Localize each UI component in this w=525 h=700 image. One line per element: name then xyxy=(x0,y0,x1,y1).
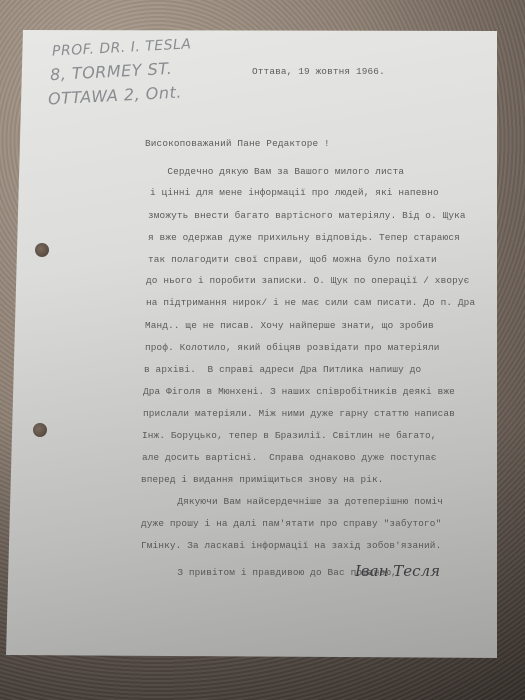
body-line: до нього і поробити записки. О. Щук по о… xyxy=(146,275,469,286)
body-line: проф. Колотило, який обіцяв розвідати пр… xyxy=(145,342,440,353)
body-line: Гмінку. За ласкаві інформації на захід з… xyxy=(141,540,441,551)
body-line: я вже одержав дуже прихильну відповідь. … xyxy=(148,232,460,243)
body-line: Дра Фіголя в Мюнхені. З наших співробітн… xyxy=(143,386,455,397)
body-line: Інж. Боруцько, тепер в Бразилії. Світлин… xyxy=(142,430,437,441)
body-line: і цінні для мене інформації про людей, я… xyxy=(150,187,439,198)
punch-hole-bottom xyxy=(33,423,47,437)
body-line: Дякуючи Вам найсердечніше за дотеперішню… xyxy=(160,496,443,507)
signature: Іван Тесля xyxy=(355,562,440,580)
body-line: так полагодити свої справи, щоб можна бу… xyxy=(148,254,437,265)
body-line: але досить вартісні. Справа однаково дуж… xyxy=(142,452,437,463)
body-line: дуже прошу і на далі пам'ятати про справ… xyxy=(141,518,441,529)
body-line: Манд.. ще не писав. Хочу найперше знати,… xyxy=(145,320,434,331)
body-line: прислали матеріяли. Між ними дуже гарну … xyxy=(143,408,455,419)
date-line: Оттава, 19 жовтня 1966. xyxy=(252,66,385,77)
body-line: на підтримання нирок/ і не має сили сам … xyxy=(146,297,475,308)
body-line: вперед і видання приміщиться знову на рі… xyxy=(141,474,384,485)
body-line: Сердечно дякую Вам за Вашого милого лист… xyxy=(150,166,404,177)
body-line: зможуть внести багато вартісного матерія… xyxy=(148,210,466,221)
punch-hole-top xyxy=(35,243,49,257)
salutation: Високоповажаний Пане Редакторе ! xyxy=(145,138,330,149)
body-line: в архіві. В справі адреси Дра Питлика на… xyxy=(144,364,421,375)
